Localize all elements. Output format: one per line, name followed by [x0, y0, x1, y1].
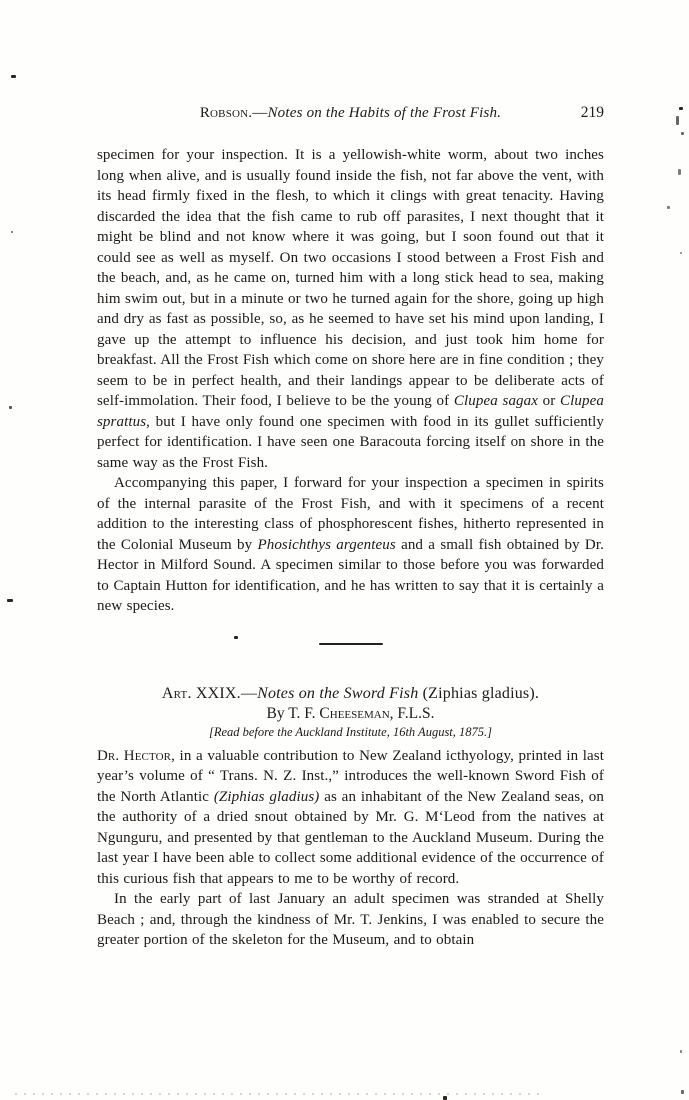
scanned-journal-page: Robson.—Notes on the Habits of the Frost…	[0, 0, 689, 1100]
scan-speck	[678, 169, 681, 175]
text-segment: specimen for your inspection. It is a ye…	[97, 147, 604, 409]
scan-speck	[681, 132, 684, 135]
paragraph: Dr. Hector, in a valuable contribution t…	[97, 746, 604, 890]
article-read-before-note: [Read before the Auckland Institute, 16t…	[97, 724, 604, 741]
scan-speck	[679, 107, 683, 110]
scan-speck	[443, 1096, 447, 1100]
text-segment: Clupea sagax	[454, 393, 538, 409]
article1-paragraphs: specimen for your inspection. It is a ye…	[97, 145, 604, 617]
scan-speck	[11, 231, 13, 233]
running-header: Robson.—Notes on the Habits of the Frost…	[97, 103, 604, 123]
scan-speck	[234, 636, 238, 639]
text-segment: (Ziphias gladius).	[418, 685, 539, 702]
text-segment: Art.	[162, 685, 192, 702]
text-segment: Cheeseman	[319, 705, 389, 722]
text-segment: [Read before the Auckland Institute, 16t…	[209, 725, 492, 739]
text-segment: By T. F.	[267, 705, 320, 722]
page-number: 219	[581, 103, 604, 123]
section-divider-rule	[319, 643, 383, 645]
article-frost-fish-continuation: specimen for your inspection. It is a ye…	[97, 145, 604, 617]
article-heading: Art. XXIX.—Notes on the Sword Fish (Ziph…	[97, 683, 604, 741]
article-sword-fish: Art. XXIX.—Notes on the Sword Fish (Ziph…	[97, 683, 604, 951]
scan-speck	[681, 1090, 684, 1094]
article2-paragraphs: Dr. Hector, in a valuable contribution t…	[97, 746, 604, 951]
text-segment: or	[538, 393, 560, 409]
text-segment: Notes on the Sword Fish	[257, 685, 418, 702]
text-segment: (Ziphias gladius)	[214, 789, 320, 805]
text-segment: Notes on the Habits of the Frost Fish.	[267, 105, 501, 121]
text-segment: XXIX.—	[192, 685, 257, 702]
scan-speck	[11, 75, 16, 78]
scan-speck	[680, 252, 682, 254]
article-byline: By T. F. Cheeseman, F.L.S.	[97, 704, 604, 724]
running-title: Robson.—Notes on the Habits of the Frost…	[97, 103, 604, 123]
paragraph: In the early part of last January an adu…	[97, 889, 604, 951]
paragraph: Accompanying this paper, I forward for y…	[97, 473, 604, 617]
text-segment: —	[252, 105, 267, 121]
paragraph: specimen for your inspection. It is a ye…	[97, 145, 604, 473]
text-segment: , F.L.S.	[390, 705, 435, 722]
scan-speck	[667, 206, 670, 209]
text-segment: In the early part of last January an adu…	[97, 891, 604, 948]
text-segment: Dr. Hector	[97, 748, 171, 764]
scan-noise-strip	[15, 1093, 545, 1095]
scan-speck	[9, 406, 12, 409]
text-segment: Robson.	[200, 105, 252, 121]
scan-speck	[680, 1050, 682, 1053]
scan-speck	[676, 116, 679, 125]
text-segment: Phosichthys argenteus	[257, 537, 395, 553]
text-segment: , but I have only found one specimen wit…	[97, 414, 604, 471]
scan-speck	[7, 599, 13, 602]
article-title: Art. XXIX.—Notes on the Sword Fish (Ziph…	[97, 683, 604, 704]
